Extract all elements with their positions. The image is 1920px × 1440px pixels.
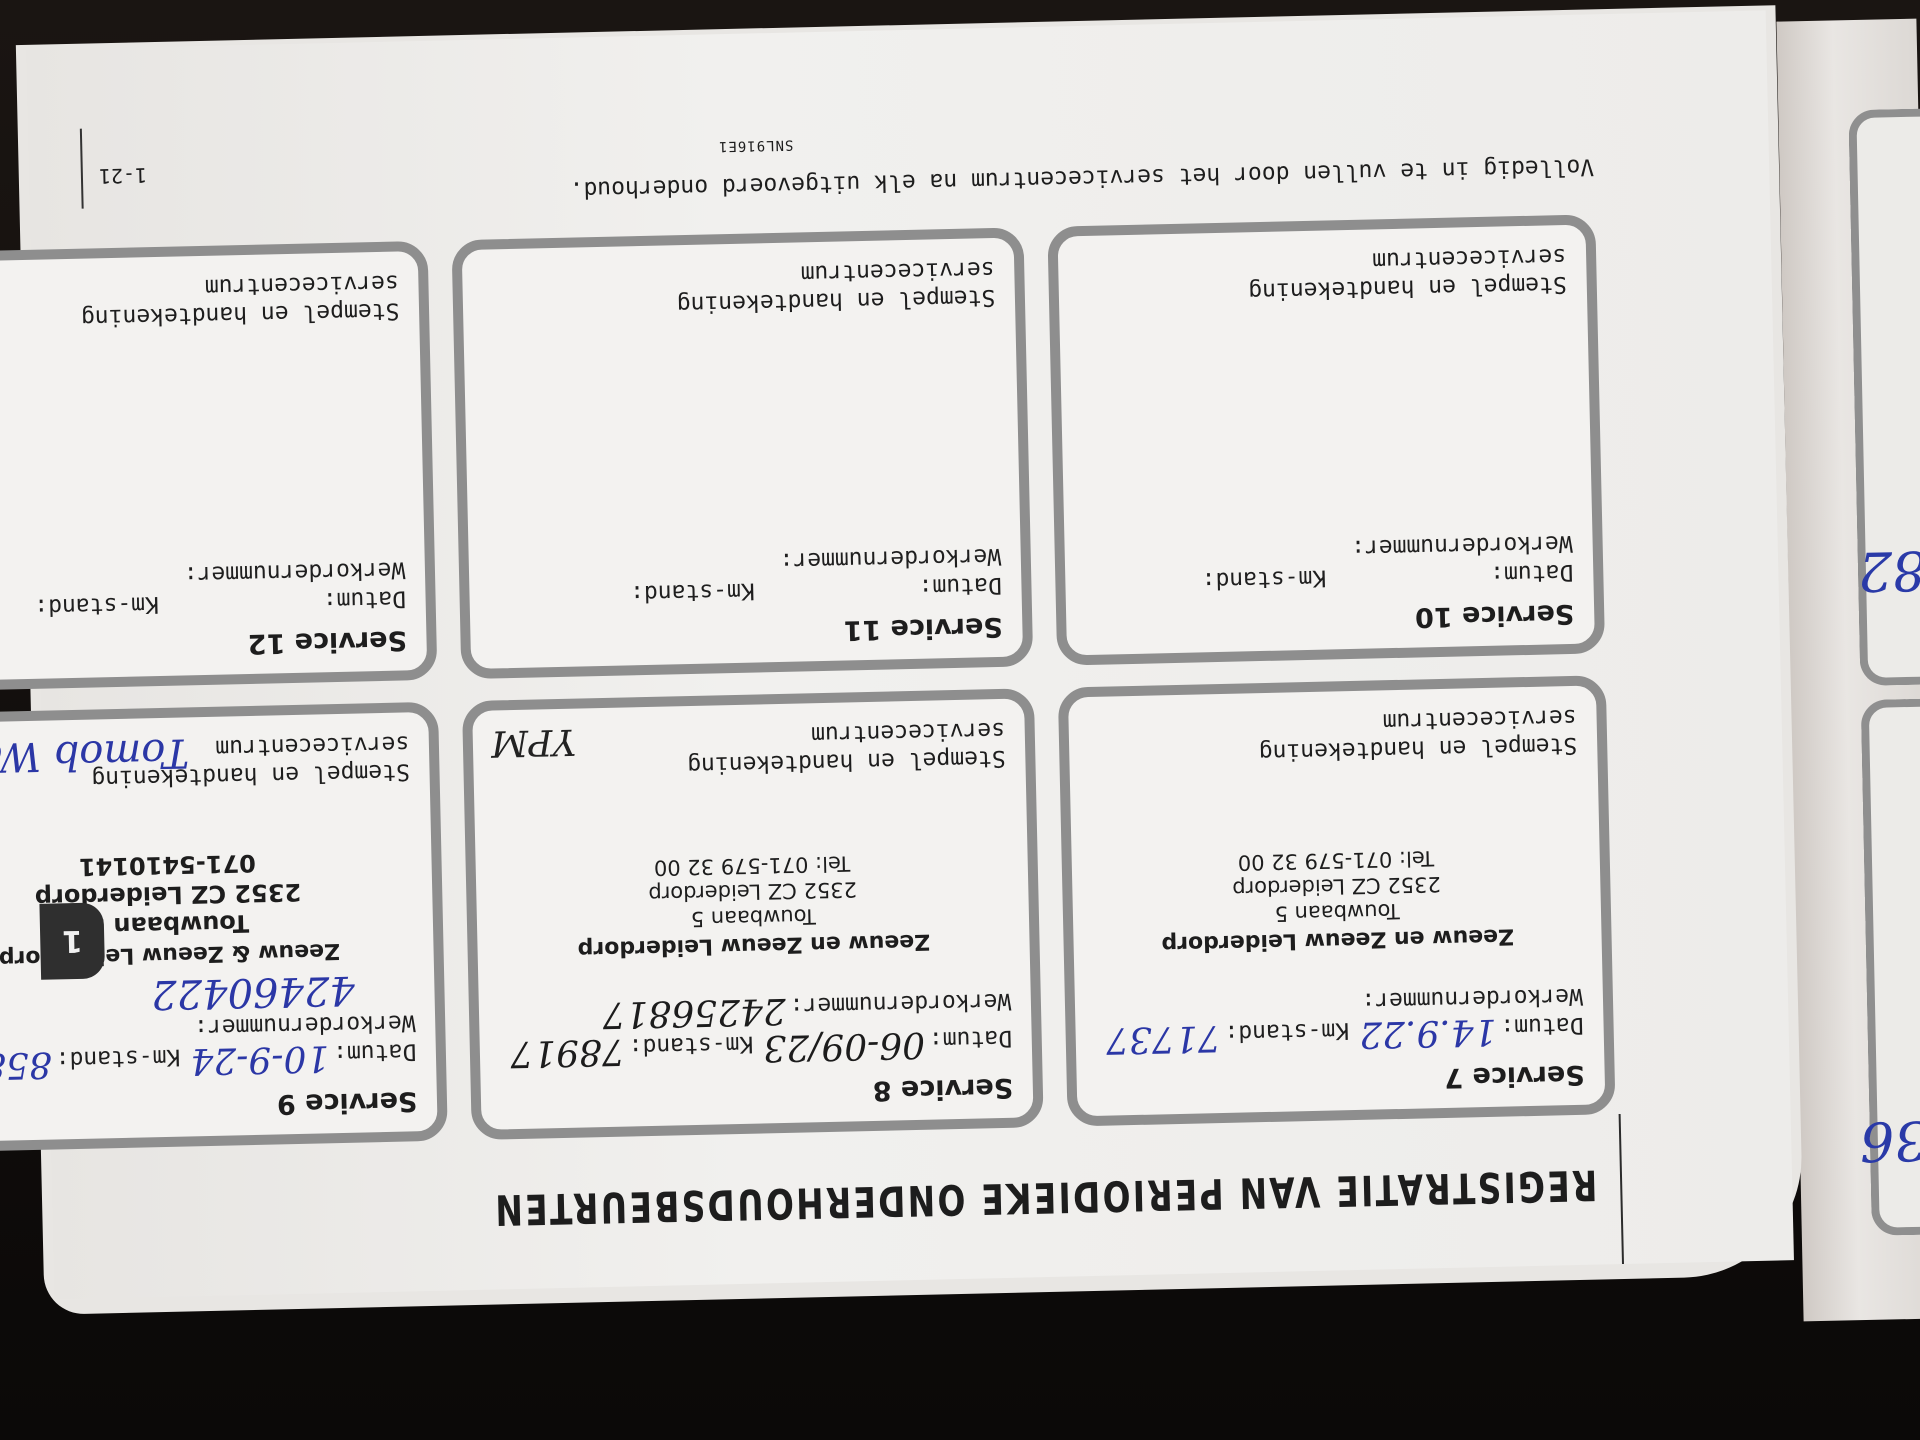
- werkordernummer-label: Werkordernummer:: [779, 542, 1001, 576]
- stamp-signature-label: Stempel en handtekening servicecentrum: [80, 268, 400, 333]
- stamp-label-line1: Stempel en handtekening: [676, 283, 995, 319]
- km-stand-label: Km-stand:: [1224, 1016, 1349, 1048]
- service-box-11[interactable]: Service 11 Datum: Km-stand: Werkordernum…: [452, 227, 1034, 679]
- stamp-label-line1: Stempel en handtekening: [687, 744, 1006, 780]
- stamp-label-line1: Stempel en handtekening: [1248, 270, 1567, 306]
- signature: YPM: [491, 719, 577, 766]
- werkordernummer-value[interactable]: 42460422: [151, 969, 355, 1014]
- werkordernummer-label: Werkordernummer:: [1351, 529, 1573, 563]
- service-box-7[interactable]: Service 7 Datum: 14.9.22 Km-stand: 71737…: [1058, 675, 1615, 1126]
- datum-value[interactable]: 14.9.22: [1359, 1013, 1497, 1052]
- datum-label: Datum:: [1490, 557, 1574, 588]
- footer-instruction: Volledig in te vullen door het servicece…: [569, 153, 1594, 202]
- datum-value[interactable]: 10-9-24: [190, 1040, 330, 1079]
- service-box-12[interactable]: Service 12 Datum: Km-stand: Werkordernum…: [0, 241, 438, 692]
- werkordernummer-value[interactable]: 24256817: [602, 992, 786, 1032]
- datum-label: Datum:: [1500, 1010, 1584, 1041]
- km-stand-label: Km-stand:: [55, 1042, 180, 1074]
- stamp-signature-label: Stempel en handtekening servicecentrum: [686, 715, 1006, 780]
- service-heading: Service 7: [1097, 1057, 1585, 1102]
- service-grid: Service 7 Datum: 14.9.22 Km-stand: 71737…: [136, 214, 1616, 1147]
- stamp-label-line1: Stempel en handtekening: [1258, 731, 1577, 767]
- service-heading: Service 11: [490, 609, 1003, 654]
- document-code: SNL916E1: [718, 137, 794, 155]
- chapter-tab: 1: [39, 902, 105, 979]
- stamp-signature-label: Stempel en handtekening servicecentrum: [1247, 241, 1567, 306]
- km-stand-label: Km-stand:: [34, 590, 159, 622]
- title-divider: [1619, 1114, 1624, 1264]
- datum-value[interactable]: 06-09/23: [763, 1026, 925, 1066]
- stamp-signature-label: Stempel en handtekening servicecentrum: [1258, 702, 1578, 767]
- stamp-signature-label: Stempel en handtekening servicecentrum: [676, 254, 996, 319]
- datum-label: Datum:: [323, 584, 407, 615]
- page-title: REGISTRATIE VAN PERIODIEKE ONDERHOUDSBEU…: [493, 1161, 1598, 1235]
- service-heading: Service 9: [0, 1084, 418, 1129]
- signature: Tomob Woest: [0, 727, 190, 783]
- datum-label: Datum:: [333, 1037, 417, 1068]
- dealer-stamp: Zeeuw en Zeeuw Leiderdorp Touwbaan 5 235…: [496, 846, 1010, 964]
- werkordernummer-label: Werkordernummer:: [789, 987, 1011, 1021]
- stamp-label-line1: Stempel en handtekening: [81, 296, 400, 332]
- km-stand-value[interactable]: 78917: [510, 1033, 625, 1072]
- dealer-stamp: Zeeuw en Zeeuw Leiderdorp Touwbaan 5 235…: [1092, 841, 1582, 958]
- service-heading: Service 10: [1086, 596, 1574, 641]
- service-box-8[interactable]: Service 8 Datum: 06-09/23 Km-stand: 7891…: [462, 688, 1044, 1140]
- km-stand-value[interactable]: 71737: [1106, 1019, 1221, 1058]
- booklet-page: REGISTRATIE VAN PERIODIEKE ONDERHOUDSBEU…: [26, 10, 1794, 1299]
- datum-label: Datum:: [918, 570, 1002, 601]
- km-stand-label: Km-stand:: [630, 576, 755, 608]
- page-number-divider: [80, 129, 84, 209]
- datum-value[interactable]: [169, 594, 319, 597]
- datum-value[interactable]: [1336, 567, 1486, 570]
- datum-label: Datum:: [929, 1023, 1013, 1054]
- adjacent-handwriting: ...636: [1859, 1107, 1920, 1173]
- km-stand-label: Km-stand:: [1201, 563, 1326, 595]
- page-number: 1-21: [99, 163, 148, 188]
- werkordernummer-label: Werkordernummer:: [1361, 982, 1583, 1016]
- service-box-10[interactable]: Service 10 Datum: Km-stand: Werkordernum…: [1048, 214, 1605, 665]
- adjacent-handwriting: ...82: [1857, 538, 1920, 604]
- datum-value[interactable]: [765, 580, 915, 583]
- service-heading: Service 8: [501, 1070, 1014, 1115]
- service-heading: Service 12: [0, 623, 407, 668]
- werkordernummer-label: Werkordernummer:: [183, 555, 405, 589]
- km-stand-value[interactable]: 85813: [0, 1046, 52, 1085]
